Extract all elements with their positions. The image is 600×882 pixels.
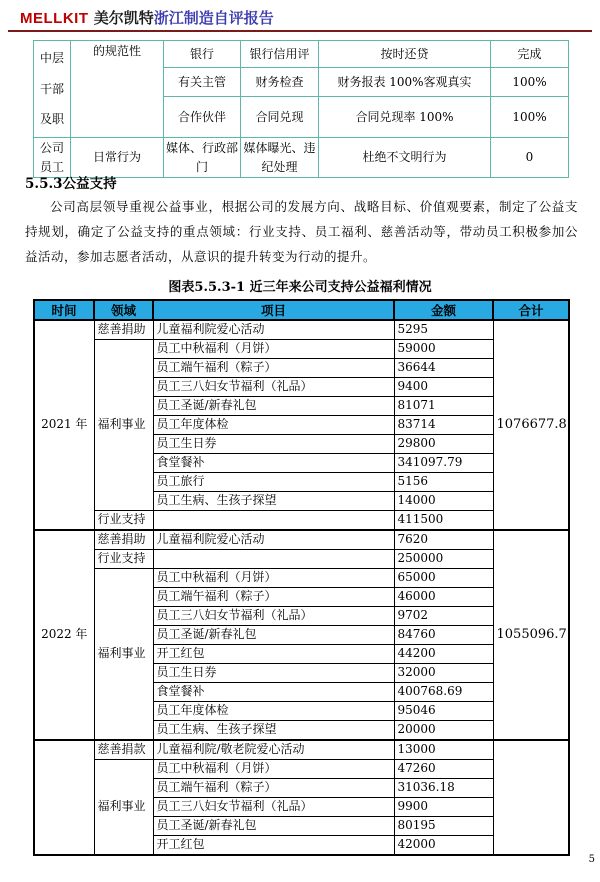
project-cell: 开工红包 [153, 645, 394, 664]
column-header: 合计 [493, 300, 569, 320]
amount-cell: 84760 [394, 626, 493, 645]
result-cell: 100% [491, 97, 569, 138]
table-row: 福利事业员工中秋福利（月饼）59000 [34, 340, 569, 359]
amount-cell: 7620 [394, 530, 493, 550]
project-cell: 员工生病、生孩子探望 [153, 721, 394, 741]
project-cell: 儿童福利院爱心活动 [153, 530, 394, 550]
amount-cell: 20000 [394, 721, 493, 741]
project-cell: 食堂餐补 [153, 454, 394, 473]
amount-cell: 341097.79 [394, 454, 493, 473]
commitment-cell: 按时还贷 [319, 41, 491, 68]
field-cell: 行业支持 [94, 550, 153, 569]
amount-cell: 5295 [394, 320, 493, 340]
table-row: 慈善捐款儿童福利院/敬老院爱心活动13000 [34, 740, 569, 760]
evaluation-cell: 银行信用评 [241, 41, 319, 68]
amount-cell: 14000 [394, 492, 493, 511]
project-cell: 员工端午福利（粽子） [153, 588, 394, 607]
column-header: 领域 [94, 300, 153, 320]
field-cell: 行业支持 [94, 511, 153, 531]
result-cell: 0 [491, 138, 569, 178]
field-cell: 福利事业 [94, 340, 153, 511]
project-cell: 员工生日券 [153, 435, 394, 454]
table-row: 2022 年慈善捐助儿童福利院爱心活动76201055096.7 [34, 530, 569, 550]
evaluation-cell: 财务检查 [241, 68, 319, 97]
page-number: 5 [589, 854, 595, 865]
project-cell: 员工端午福利（粽子） [153, 359, 394, 378]
stakeholder-cell: 合作伙伴 [164, 97, 241, 138]
table-row: 时间领域项目金额合计 [34, 300, 569, 320]
project-cell: 员工三八妇女节福利（礼品） [153, 798, 394, 817]
amount-cell: 36644 [394, 359, 493, 378]
table-row: 中层干部及职的规范性银行银行信用评按时还贷完成 [34, 41, 569, 68]
amount-cell: 83714 [394, 416, 493, 435]
project-cell [153, 550, 394, 569]
amount-cell: 13000 [394, 740, 493, 760]
column-header: 项目 [153, 300, 394, 320]
project-cell: 员工年度体检 [153, 416, 394, 435]
amount-cell: 59000 [394, 340, 493, 359]
column-header: 金额 [394, 300, 493, 320]
project-cell: 员工旅行 [153, 473, 394, 492]
project-cell: 员工中秋福利（月饼） [153, 340, 394, 359]
field-cell: 福利事业 [94, 760, 153, 856]
amount-cell: 31036.18 [394, 779, 493, 798]
amount-cell: 65000 [394, 569, 493, 588]
field-cell: 慈善捐款 [94, 740, 153, 760]
stakeholder-cell: 有关主管 [164, 68, 241, 97]
project-cell: 员工生病、生孩子探望 [153, 492, 394, 511]
section-heading: 5.5.3公益支持 [25, 172, 117, 192]
behavior-cell: 的规范性 [71, 41, 164, 138]
amount-cell: 29800 [394, 435, 493, 454]
table-row: 福利事业员工中秋福利（月饼）47260 [34, 760, 569, 779]
credit-evaluation-table-grid: 中层干部及职的规范性银行银行信用评按时还贷完成有关主管财务检查财务报表 100%… [33, 40, 569, 178]
amount-cell: 9702 [394, 607, 493, 626]
result-cell: 100% [491, 68, 569, 97]
amount-cell: 95046 [394, 702, 493, 721]
commitment-cell: 财务报表 100%客观真实 [319, 68, 491, 97]
year-cell: 2022 年 [34, 530, 94, 740]
header-divider [8, 30, 592, 32]
project-cell: 员工中秋福利（月饼） [153, 569, 394, 588]
project-cell: 儿童福利院/敬老院爱心活动 [153, 740, 394, 760]
amount-cell: 400768.69 [394, 683, 493, 702]
figure-title: 图表5.5.3-1 近三年来公司支持公益福利情况 [0, 276, 600, 295]
welfare-support-table-grid: 时间领域项目金额合计2021 年慈善捐助儿童福利院爱心活动52951076677… [33, 299, 570, 856]
amount-cell: 250000 [394, 550, 493, 569]
amount-cell: 42000 [394, 836, 493, 856]
commitment-cell: 杜绝不文明行为 [319, 138, 491, 178]
report-title: 浙江制造自评报告 [154, 9, 274, 27]
project-cell: 员工端午福利（粽子） [153, 779, 394, 798]
amount-cell: 5156 [394, 473, 493, 492]
amount-cell: 47260 [394, 760, 493, 779]
total-cell: 1055096.7 [493, 530, 569, 740]
table-row: 行业支持250000 [34, 550, 569, 569]
amount-cell: 46000 [394, 588, 493, 607]
project-cell: 员工三八妇女节福利（礼品） [153, 378, 394, 397]
amount-cell: 81071 [394, 397, 493, 416]
year-cell [34, 740, 94, 855]
stakeholder-cell: 银行 [164, 41, 241, 68]
project-cell: 员工圣诞/新春礼包 [153, 397, 394, 416]
amount-cell: 411500 [394, 511, 493, 531]
evaluation-cell: 媒体曝光、违纪处理 [241, 138, 319, 178]
staff-group-cell: 中层干部及职 [34, 41, 71, 138]
amount-cell: 44200 [394, 645, 493, 664]
column-header: 时间 [34, 300, 94, 320]
amount-cell: 80195 [394, 817, 493, 836]
commitment-cell: 合同兑现率 100% [319, 97, 491, 138]
company-name: 美尔凯特 [94, 9, 154, 27]
evaluation-cell: 合同兑现 [241, 97, 319, 138]
total-cell: 1076677.8 [493, 320, 569, 530]
project-cell: 儿童福利院爱心活动 [153, 320, 394, 340]
field-cell: 慈善捐助 [94, 320, 153, 340]
project-cell: 开工红包 [153, 836, 394, 856]
project-cell: 员工圣诞/新春礼包 [153, 817, 394, 836]
amount-cell: 32000 [394, 664, 493, 683]
amount-cell: 9900 [394, 798, 493, 817]
year-cell: 2021 年 [34, 320, 94, 530]
field-cell: 慈善捐助 [94, 530, 153, 550]
total-cell [493, 740, 569, 855]
table-row: 福利事业员工中秋福利（月饼）65000 [34, 569, 569, 588]
document-header: MELLKIT 美尔凯特浙江制造自评报告 [20, 7, 274, 28]
brand-logo-text: MELLKIT [20, 10, 89, 27]
table-row: 行业支持411500 [34, 511, 569, 531]
project-cell: 员工生日券 [153, 664, 394, 683]
project-cell: 员工三八妇女节福利（礼品） [153, 607, 394, 626]
project-cell: 员工圣诞/新春礼包 [153, 626, 394, 645]
stakeholder-cell: 媒体、行政部门 [164, 138, 241, 178]
report-page: MELLKIT 美尔凯特浙江制造自评报告 中层干部及职的规范性银行银行信用评按时… [0, 0, 600, 882]
table-row: 2021 年慈善捐助儿童福利院爱心活动52951076677.8 [34, 320, 569, 340]
project-cell: 食堂餐补 [153, 683, 394, 702]
project-cell: 员工中秋福利（月饼） [153, 760, 394, 779]
amount-cell: 9400 [394, 378, 493, 397]
section-paragraph: 公司高层领导重视公益事业，根据公司的发展方向、战略目标、价值观要素，制定了公益支… [25, 194, 578, 269]
field-cell: 福利事业 [94, 569, 153, 741]
project-cell: 员工年度体检 [153, 702, 394, 721]
project-cell [153, 511, 394, 531]
result-cell: 完成 [491, 41, 569, 68]
welfare-support-table: 时间领域项目金额合计2021 年慈善捐助儿童福利院爱心活动52951076677… [33, 299, 570, 856]
credit-evaluation-table: 中层干部及职的规范性银行银行信用评按时还贷完成有关主管财务检查财务报表 100%… [33, 40, 569, 178]
